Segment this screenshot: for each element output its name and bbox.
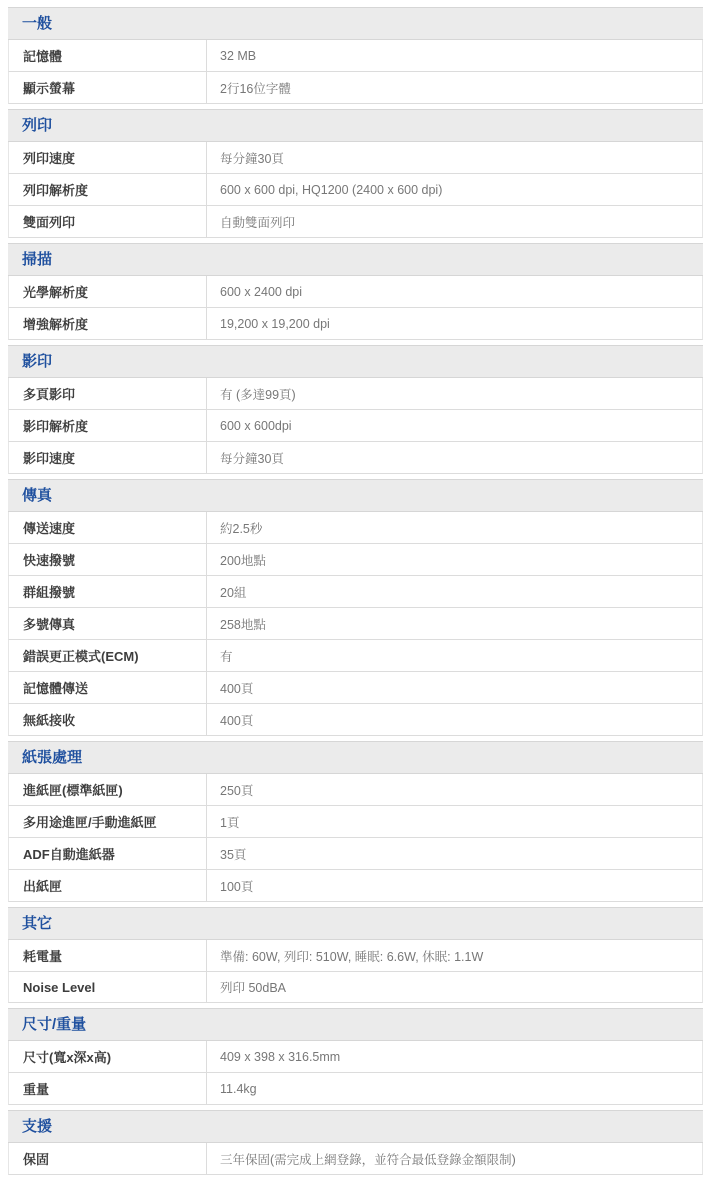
- spec-value: 600 x 600dpi: [207, 410, 702, 441]
- spec-row: Noise Level列印 50dBA: [8, 972, 703, 1003]
- spec-row: 影印解析度600 x 600dpi: [8, 410, 703, 442]
- spec-section: 一般記憶體32 MB顯示螢幕2行16位字體: [8, 7, 703, 104]
- spec-value: 1頁: [207, 806, 702, 837]
- spec-label: 重量: [9, 1073, 207, 1104]
- spec-row: 保固三年保固(需完成上網登錄，並符合最低登錄金額限制): [8, 1143, 703, 1175]
- spec-value: 258地點: [207, 608, 702, 639]
- spec-label: 耗電量: [9, 940, 207, 971]
- spec-section: 掃描光學解析度600 x 2400 dpi增強解析度19,200 x 19,20…: [8, 243, 703, 340]
- section-title: 影印: [8, 345, 703, 378]
- spec-row: 耗電量準備: 60W, 列印: 510W, 睡眠: 6.6W, 休眠: 1.1W: [8, 940, 703, 972]
- spec-row: 雙面列印自動雙面列印: [8, 206, 703, 238]
- spec-row: 記憶體傳送400頁: [8, 672, 703, 704]
- section-title: 一般: [8, 7, 703, 40]
- spec-row: 快速撥號200地點: [8, 544, 703, 576]
- spec-row: 顯示螢幕2行16位字體: [8, 72, 703, 104]
- spec-row: 尺寸(寬x深x高)409 x 398 x 316.5mm: [8, 1041, 703, 1073]
- spec-label: 無紙接收: [9, 704, 207, 735]
- spec-label: 尺寸(寬x深x高): [9, 1041, 207, 1072]
- spec-value: 列印 50dBA: [207, 972, 702, 1002]
- spec-section: 傳真傳送速度約2.5秒快速撥號200地點群組撥號20組多號傳真258地點錯誤更正…: [8, 479, 703, 736]
- spec-row: 多頁影印有 (多達99頁): [8, 378, 703, 410]
- spec-value: 600 x 600 dpi, HQ1200 (2400 x 600 dpi): [207, 174, 702, 205]
- spec-row: 錯誤更正模式(ECM)有: [8, 640, 703, 672]
- spec-label: 光學解析度: [9, 276, 207, 307]
- spec-value: 19,200 x 19,200 dpi: [207, 308, 702, 339]
- spec-label: Noise Level: [9, 972, 207, 1002]
- spec-row: 多號傳真258地點: [8, 608, 703, 640]
- spec-label: 影印解析度: [9, 410, 207, 441]
- spec-label: 多頁影印: [9, 378, 207, 409]
- spec-value: 32 MB: [207, 40, 702, 71]
- spec-label: 顯示螢幕: [9, 72, 207, 103]
- spec-label: 多號傳真: [9, 608, 207, 639]
- spec-value: 每分鐘30頁: [207, 142, 702, 173]
- spec-label: 列印速度: [9, 142, 207, 173]
- spec-value: 35頁: [207, 838, 702, 869]
- spec-section: 列印列印速度每分鐘30頁列印解析度600 x 600 dpi, HQ1200 (…: [8, 109, 703, 238]
- spec-row: 增強解析度19,200 x 19,200 dpi: [8, 308, 703, 340]
- spec-value: 400頁: [207, 672, 702, 703]
- spec-row: 多用途進匣/手動進紙匣1頁: [8, 806, 703, 838]
- spec-row: 光學解析度600 x 2400 dpi: [8, 276, 703, 308]
- spec-value: 準備: 60W, 列印: 510W, 睡眠: 6.6W, 休眠: 1.1W: [207, 940, 702, 971]
- spec-value: 自動雙面列印: [207, 206, 702, 237]
- spec-row: 群組撥號20組: [8, 576, 703, 608]
- spec-row: 影印速度每分鐘30頁: [8, 442, 703, 474]
- spec-label: 保固: [9, 1143, 207, 1174]
- spec-label: 記憶體: [9, 40, 207, 71]
- spec-value: 600 x 2400 dpi: [207, 276, 702, 307]
- spec-value: 2行16位字體: [207, 72, 702, 103]
- spec-row: 重量11.4kg: [8, 1073, 703, 1105]
- spec-section: 紙張處理進紙匣(標準紙匣)250頁多用途進匣/手動進紙匣1頁ADF自動進紙器35…: [8, 741, 703, 902]
- spec-value: 有 (多達99頁): [207, 378, 702, 409]
- section-title: 其它: [8, 907, 703, 940]
- spec-row: 出紙匣100頁: [8, 870, 703, 902]
- spec-row: 無紙接收400頁: [8, 704, 703, 736]
- spec-value: 有: [207, 640, 702, 671]
- spec-row: 列印速度每分鐘30頁: [8, 142, 703, 174]
- spec-value: 約2.5秒: [207, 512, 702, 543]
- spec-label: 雙面列印: [9, 206, 207, 237]
- spec-row: 列印解析度600 x 600 dpi, HQ1200 (2400 x 600 d…: [8, 174, 703, 206]
- spec-row: 傳送速度約2.5秒: [8, 512, 703, 544]
- spec-value: 409 x 398 x 316.5mm: [207, 1041, 702, 1072]
- section-title: 傳真: [8, 479, 703, 512]
- spec-label: 錯誤更正模式(ECM): [9, 640, 207, 671]
- spec-value: 三年保固(需完成上網登錄，並符合最低登錄金額限制): [207, 1143, 702, 1174]
- spec-table: 一般記憶體32 MB顯示螢幕2行16位字體列印列印速度每分鐘30頁列印解析度60…: [0, 0, 712, 1175]
- spec-row: ADF自動進紙器35頁: [8, 838, 703, 870]
- spec-section: 影印多頁影印有 (多達99頁)影印解析度600 x 600dpi影印速度每分鐘3…: [8, 345, 703, 474]
- spec-label: 記憶體傳送: [9, 672, 207, 703]
- spec-value: 20組: [207, 576, 702, 607]
- spec-value: 100頁: [207, 870, 702, 901]
- spec-value: 200地點: [207, 544, 702, 575]
- spec-label: 多用途進匣/手動進紙匣: [9, 806, 207, 837]
- spec-label: ADF自動進紙器: [9, 838, 207, 869]
- spec-label: 進紙匣(標準紙匣): [9, 774, 207, 805]
- spec-value: 11.4kg: [207, 1073, 702, 1104]
- spec-value: 400頁: [207, 704, 702, 735]
- spec-row: 記憶體32 MB: [8, 40, 703, 72]
- section-title: 尺寸/重量: [8, 1008, 703, 1041]
- section-title: 支援: [8, 1110, 703, 1143]
- spec-label: 增強解析度: [9, 308, 207, 339]
- spec-label: 影印速度: [9, 442, 207, 473]
- spec-row: 進紙匣(標準紙匣)250頁: [8, 774, 703, 806]
- spec-label: 傳送速度: [9, 512, 207, 543]
- section-title: 掃描: [8, 243, 703, 276]
- spec-label: 出紙匣: [9, 870, 207, 901]
- spec-label: 群組撥號: [9, 576, 207, 607]
- spec-section: 支援保固三年保固(需完成上網登錄，並符合最低登錄金額限制): [8, 1110, 703, 1175]
- spec-section: 其它耗電量準備: 60W, 列印: 510W, 睡眠: 6.6W, 休眠: 1.…: [8, 907, 703, 1003]
- spec-value: 每分鐘30頁: [207, 442, 702, 473]
- spec-section: 尺寸/重量尺寸(寬x深x高)409 x 398 x 316.5mm重量11.4k…: [8, 1008, 703, 1105]
- section-title: 紙張處理: [8, 741, 703, 774]
- section-title: 列印: [8, 109, 703, 142]
- spec-label: 列印解析度: [9, 174, 207, 205]
- spec-value: 250頁: [207, 774, 702, 805]
- spec-label: 快速撥號: [9, 544, 207, 575]
